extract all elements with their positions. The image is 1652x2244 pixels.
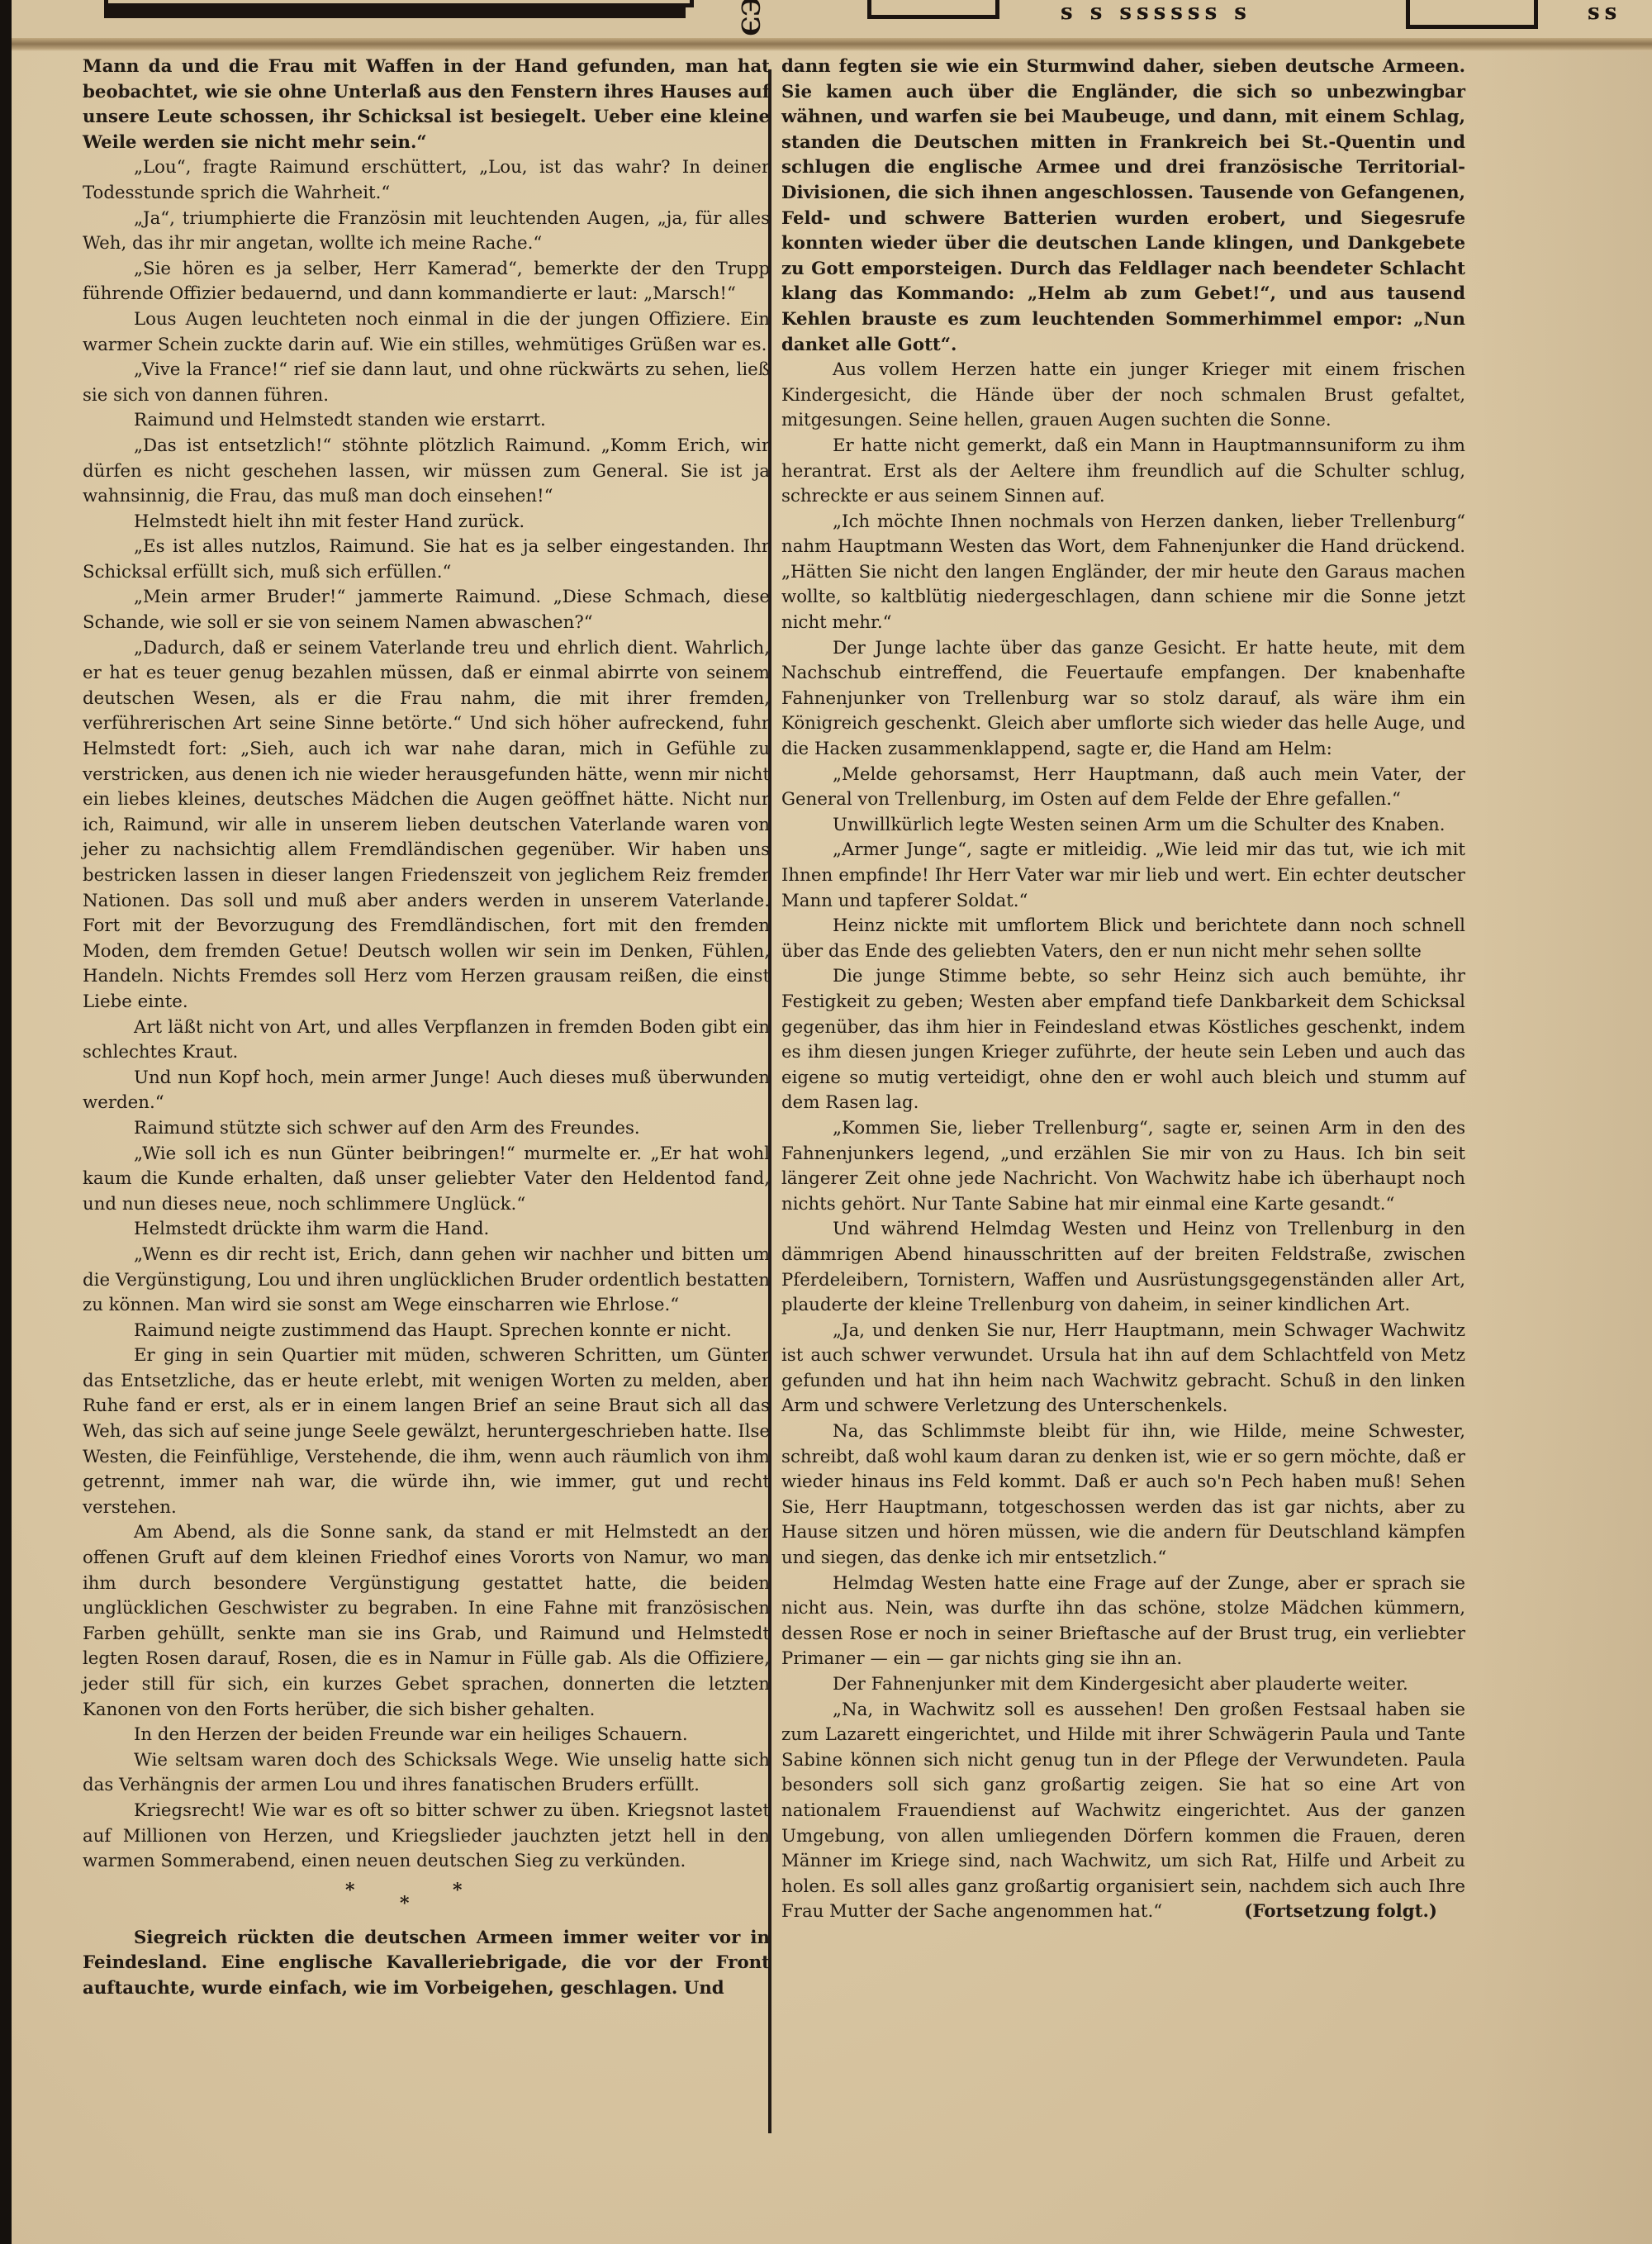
article-paragraph: Am Abend, als die Sonne sank, da stand e…: [83, 1520, 770, 1723]
article-column-right: dann fegten sie wie ein Sturmwind daher,…: [781, 55, 1465, 1925]
header-box-right: [1406, 0, 1538, 29]
article-paragraph: Die junge Stimme bebte, so sehr Heinz si…: [781, 964, 1465, 1116]
header-rule-bar: [104, 7, 686, 18]
article-paragraph: Helmstedt drückte ihm warm die Hand.: [83, 1217, 770, 1243]
article-paragraph: „Na, in Wachwitz soll es aussehen! Den g…: [781, 1698, 1465, 1925]
asterisk-icon: *: [400, 1891, 410, 1917]
article-paragraph: Art läßt nicht von Art, und alles Verpfl…: [83, 1015, 770, 1066]
article-paragraph: Er hatte nicht gemerkt, daß ein Mann in …: [781, 434, 1465, 510]
article-paragraph: Helmdag Westen hatte eine Frage auf der …: [781, 1571, 1465, 1672]
header-glyph-row: ꜱ ꜱ ꜱꜱꜱꜱꜱꜱ ꜱ: [1061, 0, 1251, 25]
article-paragraph: „Armer Junge“, sagte er mitleidig. „Wie …: [781, 838, 1465, 914]
article-paragraph: Raimund neigte zustimmend das Haupt. Spr…: [83, 1319, 770, 1344]
section-break-asterism: ***: [83, 1875, 770, 1926]
header-box-frame: [104, 0, 694, 7]
blank-right-margin: [1479, 51, 1652, 2244]
article-paragraph: Der Junge lachte über das ganze Gesicht.…: [781, 636, 1465, 763]
article-paragraph: „Das ist entsetzlich!“ stöhnte plötzlich…: [83, 434, 770, 510]
asterisk-icon: *: [345, 1878, 355, 1904]
article-paragraph: „Wenn es dir recht ist, Erich, dann gehe…: [83, 1243, 770, 1319]
article-paragraph: Na, das Schlimmste bleibt für ihn, wie H…: [781, 1419, 1465, 1571]
article-paragraph: „Kommen Sie, lieber Trellenburg“, sagte …: [781, 1116, 1465, 1217]
article-paragraph: Mann da und die Frau mit Waffen in der H…: [83, 55, 770, 155]
article-paragraph: In den Herzen der beiden Freunde war ein…: [83, 1723, 770, 1748]
article-paragraph: Siegreich rückten die deutschen Armeen i…: [83, 1926, 770, 2002]
article-paragraph: Helmstedt hielt ihn mit fester Hand zurü…: [83, 510, 770, 535]
article-paragraph: „Sie hören es ja selber, Herr Kamerad“, …: [83, 257, 770, 307]
article-paragraph: Heinz nickte mit umflortem Blick und ber…: [781, 914, 1465, 964]
article-paragraph: „Mein armer Bruder!“ jammerte Raimund. „…: [83, 585, 770, 635]
article-paragraph: „Ich möchte Ihnen nochmals von Herzen da…: [781, 510, 1465, 636]
article-paragraph: Und nun Kopf hoch, mein armer Junge! Auc…: [83, 1066, 770, 1116]
article-paragraph: „Dadurch, daß er seinem Vaterlande treu …: [83, 636, 770, 1015]
article-paragraph: „Melde gehorsamst, Herr Hauptmann, daß a…: [781, 763, 1465, 813]
article-paragraph: Raimund und Helmstedt standen wie erstar…: [83, 408, 770, 434]
article-paragraph: „Ja“, triumphierte die Französin mit leu…: [83, 207, 770, 257]
article-paragraph: dann fegten sie wie ein Sturmwind daher,…: [781, 55, 1465, 358]
scan-edge-shadow: [0, 0, 12, 2244]
asterisk-icon: *: [453, 1878, 463, 1904]
article-paragraph: „Wie soll ich es nun Günter beibringen!“…: [83, 1142, 770, 1218]
previous-page-header-strip: ЄЭ ꜱ ꜱ ꜱꜱꜱꜱꜱꜱ ꜱ ꜱꜱ: [12, 0, 1652, 41]
article-paragraph: Aus vollem Herzen hatte ein junger Krieg…: [781, 358, 1465, 434]
article-paragraph: „Ja, und denken Sie nur, Herr Hauptmann,…: [781, 1319, 1465, 1419]
article-column-left: Mann da und die Frau mit Waffen in der H…: [83, 55, 770, 2002]
article-paragraph: Der Fahnenjunker mit dem Kindergesicht a…: [781, 1672, 1465, 1698]
article-paragraph: Und während Helmdag Westen und Heinz von…: [781, 1217, 1465, 1318]
article-paragraph: Kriegsrecht! Wie war es oft so bitter sc…: [83, 1799, 770, 1875]
article-paragraph: Lous Augen leuchteten noch einmal in die…: [83, 307, 770, 358]
header-glyph-row-right: ꜱꜱ: [1588, 0, 1621, 25]
header-box-small: [867, 0, 999, 19]
page-fold-shadow: [12, 38, 1652, 51]
article-paragraph: „Lou“, fragte Raimund erschüttert, „Lou,…: [83, 155, 770, 206]
article-paragraph: Unwillkürlich legte Westen seinen Arm um…: [781, 813, 1465, 839]
article-paragraph: „Vive la France!“ rief sie dann laut, un…: [83, 358, 770, 408]
article-paragraph: Raimund stützte sich schwer auf den Arm …: [83, 1116, 770, 1142]
article-paragraph: Er ging in sein Quartier mit müden, schw…: [83, 1343, 770, 1520]
article-paragraph: „Es ist alles nutzlos, Raimund. Sie hat …: [83, 535, 770, 585]
article-paragraph: Wie seltsam waren doch des Schicksals We…: [83, 1748, 770, 1799]
header-fragment: ЄЭ: [735, 0, 764, 36]
